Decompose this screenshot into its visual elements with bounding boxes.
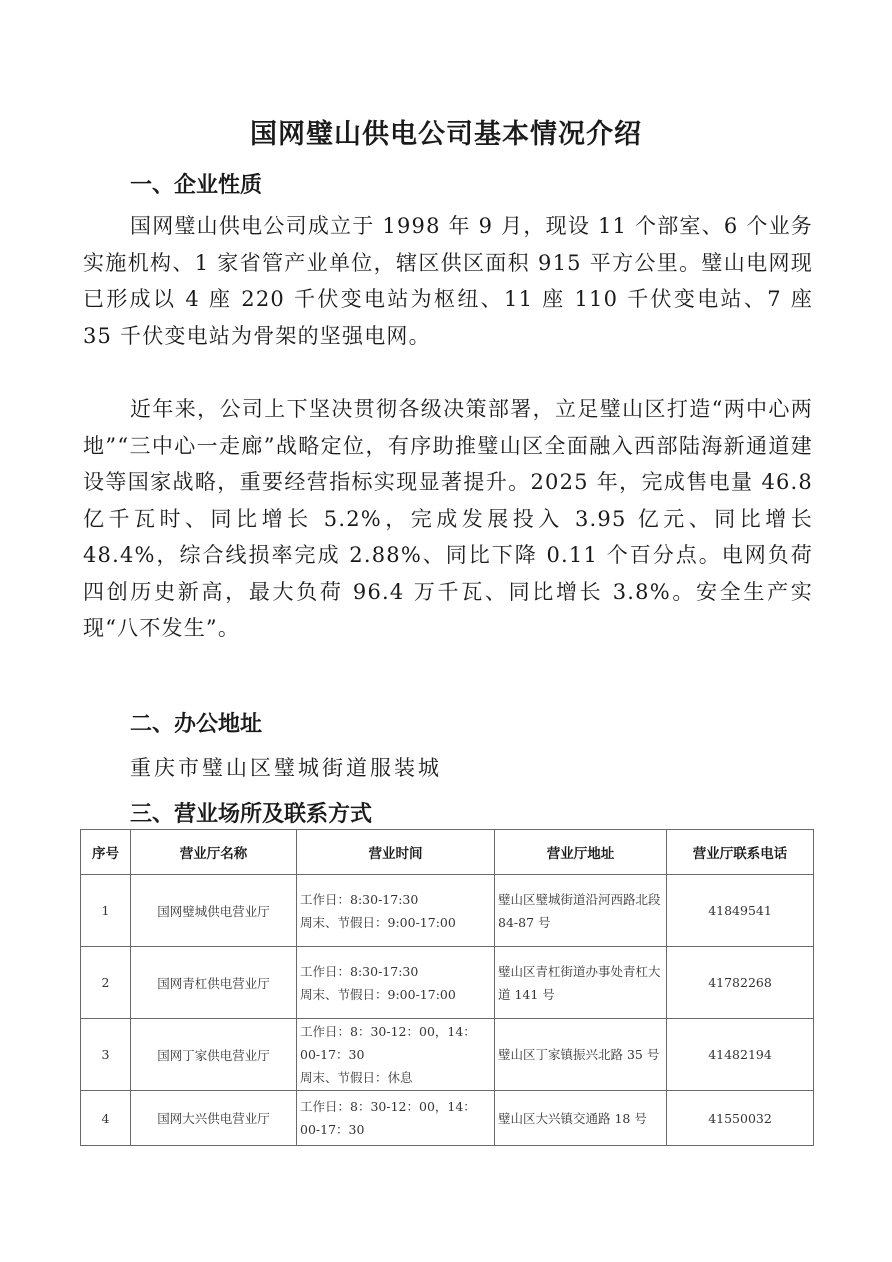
cell-hall-address: 璧山区大兴镇交通路 18 号 — [495, 1091, 667, 1146]
header-hall-phone: 营业厅联系电话 — [667, 830, 814, 875]
office-address: 重庆市璧山区璧城街道服装城 — [130, 752, 442, 782]
document-title: 国网璧山供电公司基本情况介绍 — [0, 112, 892, 151]
hours-line: 工作日：8:30-17:30 — [300, 960, 491, 983]
cell-hall-name: 国网大兴供电营业厅 — [131, 1091, 297, 1146]
hours-line: 周末、节假日：休息 — [300, 1066, 491, 1089]
table-row: 1 国网璧城供电营业厅 工作日：8:30-17:30 周末、节假日：9:00-1… — [81, 875, 814, 947]
cell-hall-phone: 41550032 — [667, 1091, 814, 1146]
hours-line: 工作日：8：30-12：00，14：00-17：30 — [300, 1020, 491, 1066]
hours-line: 工作日：8:30-17:30 — [300, 888, 491, 911]
section-heading-nature: 一、企业性质 — [130, 168, 262, 199]
paragraph-company-overview: 国网璧山供电公司成立于 1998 年 9 月，现设 11 个部室、6 个业务实施… — [83, 208, 813, 354]
table-row: 2 国网青杠供电营业厅 工作日：8:30-17:30 周末、节假日：9:00-1… — [81, 947, 814, 1019]
table-row: 4 国网大兴供电营业厅 工作日：8：30-12：00，14：00-17：30 璧… — [81, 1091, 814, 1146]
table-row: 3 国网丁家供电营业厅 工作日：8：30-12：00，14：00-17：30 周… — [81, 1019, 814, 1091]
section-heading-service-halls: 三、营业场所及联系方式 — [130, 797, 372, 828]
cell-hall-name: 国网璧城供电营业厅 — [131, 875, 297, 947]
cell-hall-address: 璧山区璧城街道沿河西路北段 84-87 号 — [495, 875, 667, 947]
header-hall-name: 营业厅名称 — [131, 830, 297, 875]
table-header-row: 序号 营业厅名称 营业时间 营业厅地址 营业厅联系电话 — [81, 830, 814, 875]
cell-hall-phone: 41782268 — [667, 947, 814, 1019]
cell-hall-name: 国网青杠供电营业厅 — [131, 947, 297, 1019]
cell-business-hours: 工作日：8:30-17:30 周末、节假日：9:00-17:00 — [297, 875, 495, 947]
paragraph-recent-achievements: 近年来，公司上下坚决贯彻各级决策部署，立足璧山区打造“两中心两地”“三中心一走廊… — [83, 391, 813, 647]
cell-business-hours: 工作日：8：30-12：00，14：00-17：30 周末、节假日：休息 — [297, 1019, 495, 1091]
cell-no: 3 — [81, 1019, 131, 1091]
cell-hall-phone: 41482194 — [667, 1019, 814, 1091]
cell-hall-name: 国网丁家供电营业厅 — [131, 1019, 297, 1091]
header-hall-address: 营业厅地址 — [495, 830, 667, 875]
header-business-hours: 营业时间 — [297, 830, 495, 875]
header-no: 序号 — [81, 830, 131, 875]
cell-hall-address: 璧山区丁家镇振兴北路 35 号 — [495, 1019, 667, 1091]
cell-no: 1 — [81, 875, 131, 947]
cell-no: 2 — [81, 947, 131, 1019]
cell-business-hours: 工作日：8：30-12：00，14：00-17：30 — [297, 1091, 495, 1146]
cell-business-hours: 工作日：8:30-17:30 周末、节假日：9:00-17:00 — [297, 947, 495, 1019]
section-heading-office-address: 二、办公地址 — [130, 707, 262, 738]
cell-hall-phone: 41849541 — [667, 875, 814, 947]
hours-line: 周末、节假日：9:00-17:00 — [300, 911, 491, 934]
cell-hall-address: 璧山区青杠街道办事处青杠大道 141 号 — [495, 947, 667, 1019]
service-halls-table: 序号 营业厅名称 营业时间 营业厅地址 营业厅联系电话 1 国网璧城供电营业厅 … — [80, 829, 814, 1146]
hours-line: 周末、节假日：9:00-17:00 — [300, 983, 491, 1006]
hours-line: 工作日：8：30-12：00，14：00-17：30 — [300, 1095, 491, 1141]
cell-no: 4 — [81, 1091, 131, 1146]
